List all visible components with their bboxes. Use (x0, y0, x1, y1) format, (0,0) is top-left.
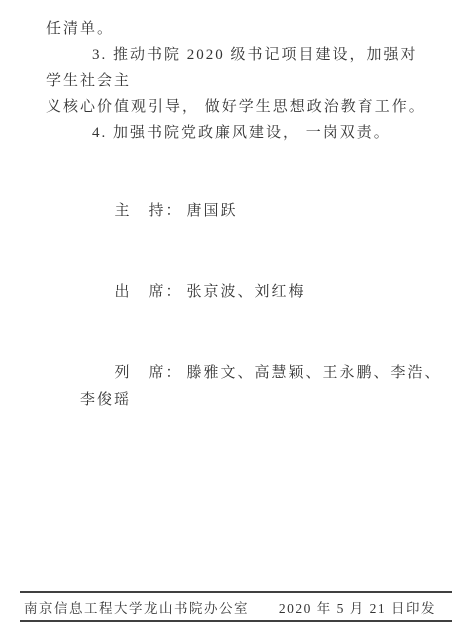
footer-row: 南京信息工程大学龙山书院办公室 2020 年 5 月 21 日印发 (20, 593, 452, 620)
print-date: 2020 年 5 月 21 日印发 (279, 597, 436, 617)
roster-row-observers: 列 席：滕雅文、高慧颖、王永鹏、李浩、李俊瑶 (80, 333, 450, 441)
issuing-office: 南京信息工程大学龙山书院办公室 (24, 597, 249, 617)
body-line-3: 义核心价值观引导， 做好学生思想政治教育工作。 (46, 94, 426, 120)
roster-role-label: 列 席： (115, 365, 183, 381)
page-footer: 南京信息工程大学龙山书院办公室 2020 年 5 月 21 日印发 (20, 591, 452, 622)
roster-row-attendees: 出 席：张京波、刘红梅 (80, 252, 450, 333)
document-body: 任清单。 3. 推动书院 2020 级书记项目建设，加强对学生社会主 义核心价值… (46, 16, 426, 146)
roster-names: 唐国跃 (187, 203, 238, 219)
roster-role-label: 出 席： (115, 284, 183, 300)
roster-names: 张京波、刘红梅 (187, 284, 306, 300)
attendee-roster: 主 持：唐国跃 出 席：张京波、刘红梅 列 席：滕雅文、高慧颖、王永鹏、李浩、李… (80, 171, 450, 441)
body-line-1: 任清单。 (46, 16, 426, 42)
body-line-2: 3. 推动书院 2020 级书记项目建设，加强对学生社会主 (46, 42, 426, 94)
roster-role-label: 主 持： (115, 203, 183, 219)
document-page: 任清单。 3. 推动书院 2020 级书记项目建设，加强对学生社会主 义核心价值… (0, 0, 471, 642)
roster-row-host: 主 持：唐国跃 (80, 171, 450, 252)
body-line-4: 4. 加强书院党政廉风建设， 一岗双责。 (46, 120, 426, 146)
